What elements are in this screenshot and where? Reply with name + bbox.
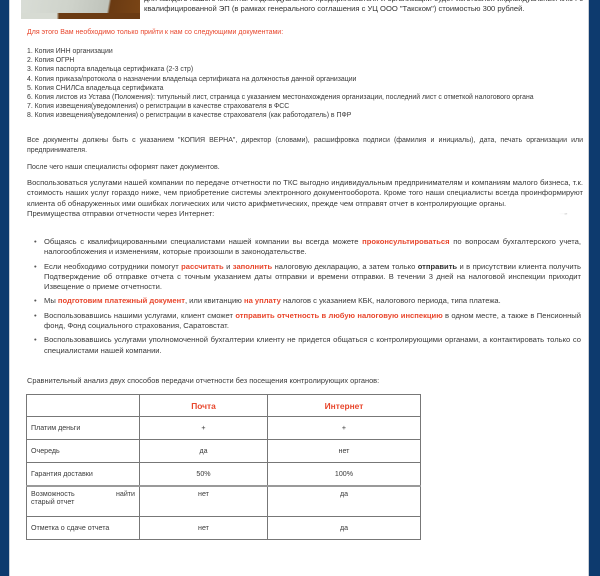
header-empty — [27, 395, 140, 417]
table-header-row: Почта Интернет — [27, 395, 421, 417]
list-item: Общаясь с квалифицированными специалиста… — [44, 237, 581, 258]
benefit-section: Воспользоваться услугами нашей компании … — [27, 178, 583, 219]
consult-highlight: проконсультироваться — [362, 237, 449, 246]
calculate-highlight: рассчитать — [181, 262, 224, 271]
documents-list: 1. Копия ИНН организации 2. Копия ОГРН 3… — [27, 47, 534, 121]
list-item: 3. Копия паспорта владельца сертификата … — [27, 65, 534, 74]
article-photo — [21, 0, 140, 19]
list-item: 8. Копия извещения(уведомления) о регист… — [27, 111, 534, 120]
content-panel: для каждого нашего клиента. Индивидуальн… — [9, 0, 589, 576]
list-item: Мы подготовим платежный документ, или кв… — [44, 296, 581, 306]
benefit-text: Воспользоваться услугами нашей компании … — [27, 178, 583, 209]
fill-highlight: заполнить — [233, 262, 272, 271]
list-item: Воспользовавшись нашими услугами, клиент… — [44, 311, 581, 332]
header-internet: Интернет — [268, 395, 421, 417]
copies-requirement-text: Все документы должны быть с указанием "К… — [27, 136, 583, 156]
payment-highlight: на уплату — [244, 296, 281, 305]
table-row: Платим деньги + + — [27, 417, 421, 440]
comparison-title: Сравнительный анализ двух способов перед… — [27, 376, 379, 385]
intro-text: для каждого нашего клиента. Индивидуальн… — [144, 0, 583, 14]
advantages-list: Общаясь с квалифицированными специалиста… — [44, 237, 581, 360]
documents-note: Для этого Вам необходимо только прийти к… — [27, 29, 283, 36]
send-bold: отправить — [418, 262, 457, 271]
site-watermark: www.vzsar.ru — [544, 213, 584, 573]
list-item: 6. Копия листов из Устава (Положения): т… — [27, 93, 534, 102]
header-mail: Почта — [140, 395, 268, 417]
list-item: Если необходимо сотрудники помогут рассч… — [44, 262, 581, 293]
comparison-table: Почта Интернет Платим деньги + + Очередь… — [26, 394, 421, 540]
payment-doc-highlight: подготовим платежный документ — [58, 296, 185, 305]
advantages-title: Преимущества отправки отчетности через И… — [27, 209, 583, 219]
list-item: Воспользовавшись услугами уполномоченной… — [44, 335, 581, 356]
send-anywhere-highlight: отправить отчетность в любую налоговую и… — [235, 311, 442, 320]
table-row: Очередь да нет — [27, 440, 421, 463]
table-row: Гарантия доставки 50% 100% — [27, 463, 421, 486]
table-row: Отметка о сдаче отчета нет да — [27, 517, 421, 540]
list-item: 2. Копия ОГРН — [27, 56, 534, 65]
list-item: 5. Копия СНИЛСа владельца сертификата — [27, 84, 534, 93]
list-item: 4. Копия приказа/протокола о назначении … — [27, 75, 534, 84]
list-item: 1. Копия ИНН организации — [27, 47, 534, 56]
table-row: Возможность найти старый отчет нет да — [27, 486, 421, 517]
after-text: После чего наши специалисты оформят паке… — [27, 164, 220, 171]
list-item: 7. Копия извещения(уведомления) о регист… — [27, 102, 534, 111]
